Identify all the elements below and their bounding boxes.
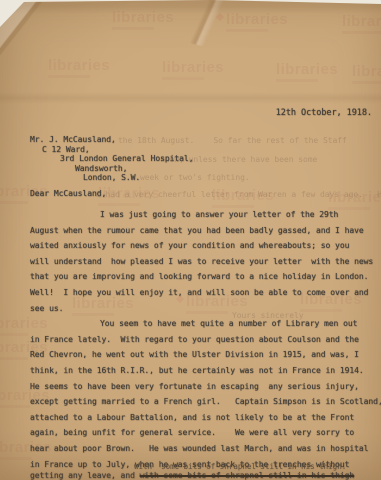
bleed-through-line: I had a very cheerful letter from Warren…	[96, 190, 381, 199]
body-line: see us.	[30, 301, 381, 317]
watermark-underline	[0, 405, 30, 408]
watermark-underline	[352, 81, 381, 84]
body-line: again, being unfit for general service. …	[30, 425, 381, 441]
body-line: think, in the 16th R.I.R., but he certai…	[30, 363, 381, 379]
watermark-underline	[162, 77, 204, 80]
watermark-tile: libraries	[276, 62, 338, 82]
letter-date: 12th October, 1918.	[276, 108, 372, 118]
address-block: Mr. J. McCausland,C 12 Ward,3rd London G…	[30, 135, 193, 183]
letter-paper: librarieslibrarieslibrarieslibrarieslibr…	[0, 0, 381, 480]
watermark-tile: libraries	[98, 186, 160, 206]
watermark-word: libraries	[98, 185, 160, 202]
watermark-tile: libraries	[342, 14, 381, 34]
body-line: will understand how pleased I was to rec…	[30, 254, 381, 270]
address-line: Wandsworth,	[30, 164, 193, 174]
watermark-underline	[0, 201, 28, 204]
address-line: C 12 Ward,	[30, 145, 193, 155]
final-line-struck-text: with some bits of shrapnel still in his …	[140, 471, 355, 480]
watermark-word: libraries	[328, 189, 381, 206]
watermark-underline	[0, 357, 28, 360]
watermark-word: libraries	[352, 63, 381, 80]
body-line: You seem to have met quite a number of L…	[30, 316, 381, 332]
final-line: getting any leave, and with some bits of…	[30, 471, 354, 480]
final-line-prefix: getting any leave, and	[30, 471, 140, 480]
body-line: Red Chevron, he went out with the Ulster…	[30, 347, 381, 363]
paper-fold-top-left	[0, 0, 97, 83]
paper-crease-top	[145, 0, 264, 59]
body-line: attached to a Labour Battalion, and is n…	[30, 410, 381, 426]
paper-crease-middle	[0, 92, 381, 104]
watermark-underline	[98, 203, 140, 206]
watermark-underline	[0, 457, 32, 460]
watermark-underline	[276, 79, 318, 82]
body-line: hear about poor Brown. He was wounded la…	[30, 441, 381, 457]
letter-photo: librarieslibrarieslibrarieslibrarieslibr…	[0, 0, 381, 480]
watermark-tile: libraries	[352, 64, 381, 84]
body-line: Well! I hope you will enjoy it, and will…	[30, 285, 381, 301]
watermark-tile: libraries	[162, 60, 224, 80]
watermark-word: libraries	[162, 59, 224, 76]
address-line: Mr. J. McCausland,	[30, 135, 193, 145]
body-line: except getting married to a French girl.…	[30, 394, 381, 410]
watermark-word: libraries	[342, 13, 381, 30]
address-line: 3rd London General Hospital,	[30, 154, 193, 164]
watermark-word: libraries	[212, 187, 274, 204]
body-line: in France lately. With regard to your qu…	[30, 332, 381, 348]
body-line: He seems to have been very fortunate in …	[30, 379, 381, 395]
salutation: Dear McCausland,	[30, 189, 106, 198]
watermark-underline	[0, 333, 28, 336]
watermark-underline	[342, 31, 381, 34]
body-line: waited anxiously for news of your condit…	[30, 238, 381, 254]
letter-body: I was just going to answer your letter o…	[30, 207, 381, 472]
watermark-word: libraries	[276, 61, 338, 78]
address-line: London, S.W.	[30, 173, 193, 183]
interline-insertion: with some bits of shrapnel still in his …	[134, 462, 346, 471]
watermark-tile: libraries	[212, 188, 274, 208]
body-line: August when the rumour came that you had…	[30, 223, 381, 239]
body-line: I was just going to answer your letter o…	[30, 207, 381, 223]
body-line: that you are improving and looking forwa…	[30, 269, 381, 285]
